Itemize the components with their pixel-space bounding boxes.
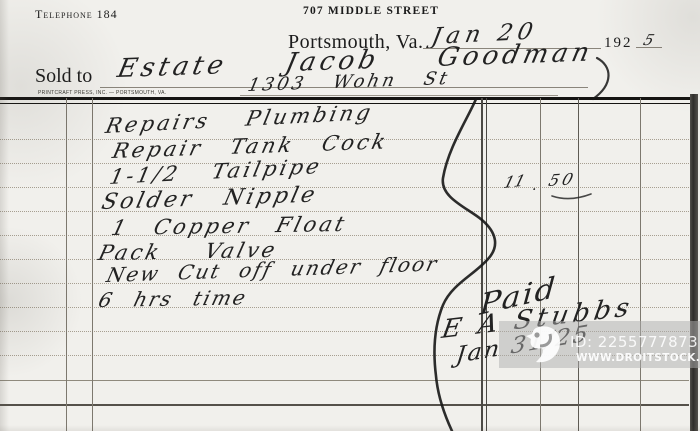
watermark-site: WWW.DROITSTOCK.COM <box>576 352 700 364</box>
watermark-id: ID: 2255777873 <box>570 333 698 351</box>
droitstock-logo-icon <box>522 322 566 368</box>
receipt-document: Telephone 184 707 MIDDLE STREET Portsmou… <box>0 0 700 431</box>
